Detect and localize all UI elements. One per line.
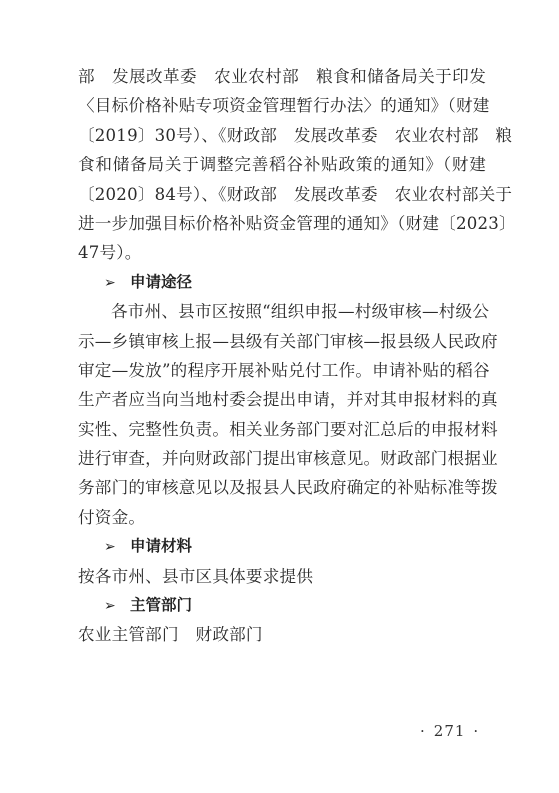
text-line: 食和储备局关于调整完善稻谷补贴政策的通知》（财建 (78, 150, 486, 179)
text-line: 〔2019〕30号）、《财政部 发展改革委 农业农村部 粮 (78, 121, 486, 150)
heading-label: 主管部门 (130, 596, 192, 614)
policy-reference-paragraph: 部 发展改革委 农业农村部 粮食和储备局关于印发 〈目标价格补贴专项资金管理暂行… (78, 62, 486, 268)
text-line: 各市州、县市区按照“组织申报—村级审核—村级公 (78, 297, 486, 326)
text-line: 务部门的审核意见以及报县人民政府确定的补贴标准等拨 (78, 473, 486, 502)
text-line: 付资金。 (78, 503, 486, 532)
arrow-bullet-icon: ➢ (104, 533, 130, 562)
section-heading-application-materials: ➢申请材料 (78, 532, 486, 561)
footer-dot-left: · (412, 722, 434, 740)
footer-dot-right: · (465, 722, 487, 740)
text-line: 进行审查，并向财政部门提出审核意见。财政部门根据业 (78, 444, 486, 473)
page-number: 271 (434, 722, 466, 740)
application-route-paragraph: 各市州、县市区按照“组织申报—村级审核—村级公 示—乡镇审核上报—县级有关部门审… (78, 297, 486, 532)
text-line: 审定—发放”的程序开展补贴兑付工作。申请补贴的稻谷 (78, 356, 486, 385)
text-line: 示—乡镇审核上报—县级有关部门审核—报县级人民政府 (78, 327, 486, 356)
text-line: 〔2020〕84号）、《财政部 发展改革委 农业农村部关于 (78, 180, 486, 209)
text-line: 生产者应当向当地村委会提出申请，并对其申报材料的真 (78, 385, 486, 414)
application-materials-text: 按各市州、县市区具体要求提供 (78, 562, 486, 591)
competent-department-text: 农业主管部门 财政部门 (78, 620, 486, 649)
text-line: 47号）。 (78, 238, 486, 267)
arrow-bullet-icon: ➢ (104, 592, 130, 621)
document-page: 部 发展改革委 农业农村部 粮食和储备局关于印发 〈目标价格补贴专项资金管理暂行… (78, 62, 486, 650)
text-line: 实性、完整性负责。相关业务部门要对汇总后的申报材料 (78, 415, 486, 444)
page-footer: ·271· (412, 722, 487, 740)
arrow-bullet-icon: ➢ (104, 269, 130, 298)
text-line: 部 发展改革委 农业农村部 粮食和储备局关于印发 (78, 62, 486, 91)
section-heading-application-route: ➢申请途径 (78, 268, 486, 297)
section-heading-competent-department: ➢主管部门 (78, 591, 486, 620)
text-line: 〈目标价格补贴专项资金管理暂行办法〉的通知》（财建 (78, 91, 486, 120)
heading-label: 申请材料 (130, 537, 192, 555)
heading-label: 申请途径 (130, 273, 192, 291)
text-line: 进一步加强目标价格补贴资金管理的通知》（财建〔2023〕 (78, 209, 486, 238)
